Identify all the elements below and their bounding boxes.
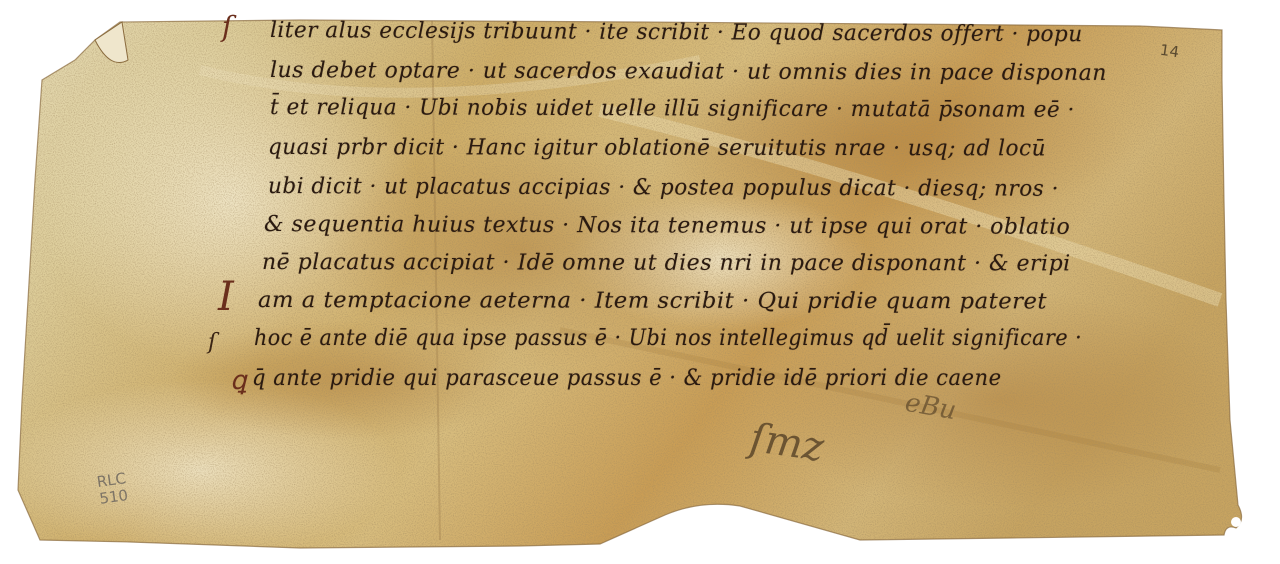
text-line-7: nē placatus accipiat · Idē omne ut dies … — [262, 250, 1071, 276]
shelfmark: RLC 510 — [96, 470, 130, 508]
margin-mark-small: ſ — [208, 330, 216, 355]
text-line-10: q̄ ante pridie qui parasceue passus ē · … — [252, 366, 1002, 391]
margin-mark-top: ſ — [222, 10, 232, 43]
text-line-8: am a temptacione aeterna · Item scribit … — [258, 288, 1047, 314]
text-line-6: & sequentia huius textus · Nos ita tenem… — [264, 212, 1070, 240]
text-line-5: ubi dicit · ut placatus accipias · & pos… — [268, 174, 1059, 202]
margin-initial: I — [218, 274, 234, 320]
folio-number: 14 — [1159, 41, 1180, 61]
manuscript-photo: liter alus ecclesijs tribuunt · ite scri… — [0, 0, 1280, 564]
text-line-9: hoc ē ante diē qua ipse passus ē · Ubi n… — [254, 326, 1082, 351]
manuscript-text: liter alus ecclesijs tribuunt · ite scri… — [0, 0, 1280, 564]
text-line-4: quasi prbr dicit · Hanc igitur oblationē… — [268, 135, 1046, 161]
margin-mark-bottom: ꝗ — [230, 366, 247, 396]
text-line-2: lus debet optare · ut sacerdos exaudiat … — [270, 58, 1107, 86]
text-line-1: liter alus ecclesijs tribuunt · ite scri… — [270, 18, 1083, 47]
text-line-3: t̄ et reliqua · Ubi nobis uidet uelle il… — [270, 95, 1075, 123]
